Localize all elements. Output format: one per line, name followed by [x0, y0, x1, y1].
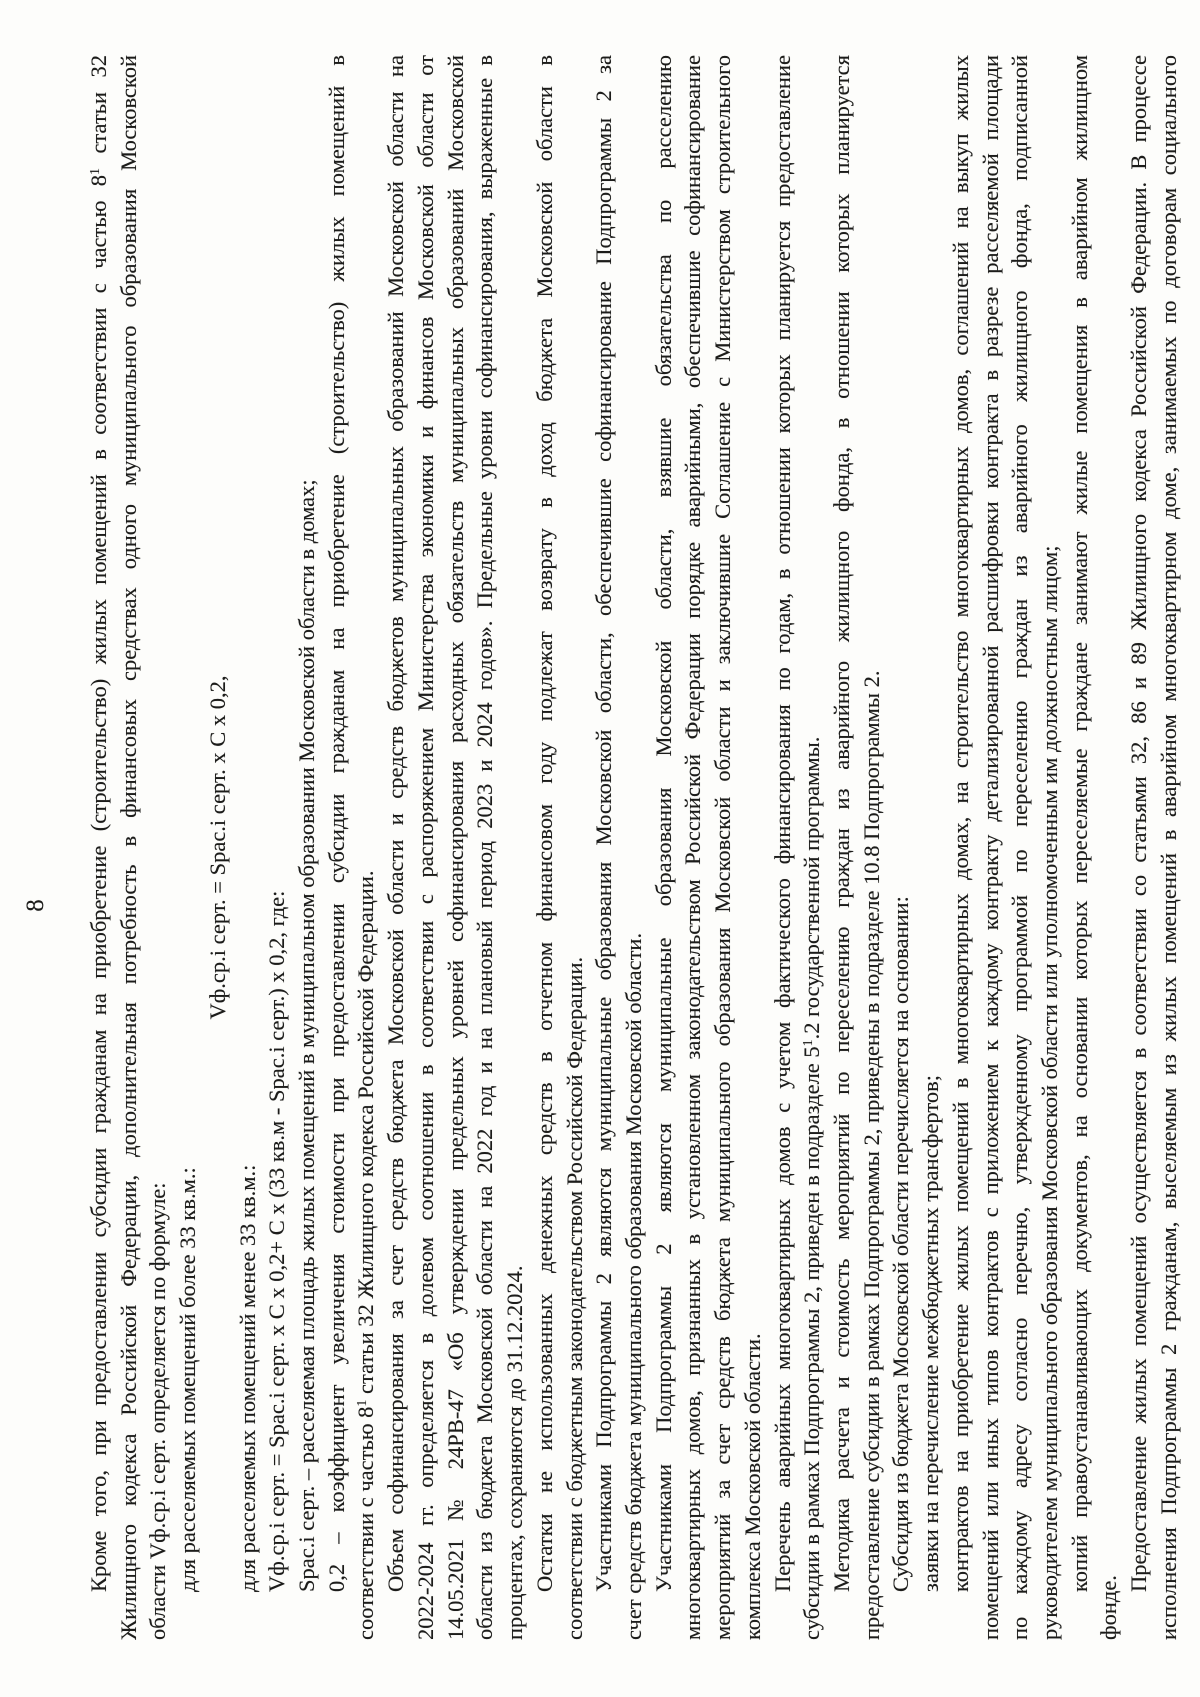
text-line: субсидии в рамках Подпрограммы 2, привед… [797, 55, 827, 1640]
text-line: Участниками Подпрограммы 2 являются муни… [589, 55, 619, 1640]
text-line: счет средств бюджета муниципального обра… [619, 55, 649, 1640]
superscript: 1 [356, 1400, 371, 1407]
text-line: Предоставление жилых помещений осуществл… [1124, 55, 1154, 1640]
text-line: Жилищного кодекса Российской Федерации, … [114, 55, 144, 1640]
text-line: процентах, сохраняются до 31.12.2024. [500, 55, 530, 1640]
scanned-document-page: 8 Кроме того, при предоставлении субсиди… [0, 0, 1200, 1697]
text-line: для расселяемых помещений более 33 кв.м.… [173, 55, 203, 1640]
text-line: области Vф.ср.i серт. определяется по фо… [143, 55, 173, 1640]
text-line: заявки на перечисление межбюджетных тран… [916, 55, 946, 1640]
text-line: мероприятий за счет средств бюджета муни… [708, 55, 738, 1640]
formula-line: Vф.ср.i серт. = Sрас.i серт. х С х 0,2, [203, 55, 233, 1640]
text-line: Перечень аварийных многоквартирных домов… [768, 55, 798, 1640]
text-line: Методика расчета и стоимость мероприятий… [827, 55, 857, 1640]
text-line: области из бюджета Московской области на… [470, 55, 500, 1640]
text-line: 2022-2024 гг. определяется в долевом соо… [411, 55, 441, 1640]
formula-line: Vф.ср.i серт. = Sрас.i серт. х С х 0,2+ … [262, 55, 292, 1640]
rotated-page-container: 8 Кроме того, при предоставлении субсиди… [0, 0, 1200, 1697]
text-line: контрактов на приобретение жилых помещен… [946, 55, 976, 1640]
text-line: 14.05.2021 № 24РВ-47 «Об утверждении пре… [441, 55, 471, 1640]
text-line: Субсидия из бюджета Московской области п… [886, 55, 916, 1640]
text-line: помещений или иных типов контрактов с пр… [976, 55, 1006, 1640]
text-line: многоквартирных домов, признанных в уста… [678, 55, 708, 1640]
text-line: соответствии с бюджетным законодательств… [560, 55, 590, 1640]
superscript: 1 [801, 1039, 816, 1046]
text-line: исполнения Подпрограммы 2 гражданам, выс… [1154, 55, 1184, 1640]
text-line: руководителем муниципального образования… [1035, 55, 1065, 1640]
superscript: 1 [88, 168, 103, 175]
text-line: Объем софинансирования за счет средств б… [381, 55, 411, 1640]
page-number: 8 [22, 114, 50, 1697]
text-line: по каждому адресу согласно перечню, утве… [1005, 55, 1035, 1640]
text-line: комплекса Московской области. [738, 55, 768, 1640]
text-line: Участниками Подпрограммы 2 являются муни… [649, 55, 679, 1640]
text-line: Остатки не использованных денежных средс… [530, 55, 560, 1640]
text-line: 0,2 – коэффициент увеличения стоимости п… [322, 55, 352, 1640]
text-line: копий правоустанавливающих документов, н… [1065, 55, 1095, 1640]
document-text-block: Кроме того, при предоставлении субсидии … [84, 55, 1184, 1640]
text-line: предоставление субсидии в рамках Подпрог… [857, 55, 887, 1640]
text-line: для расселяемых помещений менее 33 кв.м.… [233, 55, 263, 1640]
text-line: соответствии с частью 81 статьи 32 Жилищ… [351, 55, 381, 1640]
text-line: Кроме того, при предоставлении субсидии … [84, 55, 114, 1640]
text-line: фонде. [1094, 55, 1124, 1640]
document-page: 8 Кроме того, при предоставлении субсиди… [0, 0, 1200, 1697]
text-line: Sрас.i серт. – расселяемая площадь жилых… [292, 55, 322, 1640]
